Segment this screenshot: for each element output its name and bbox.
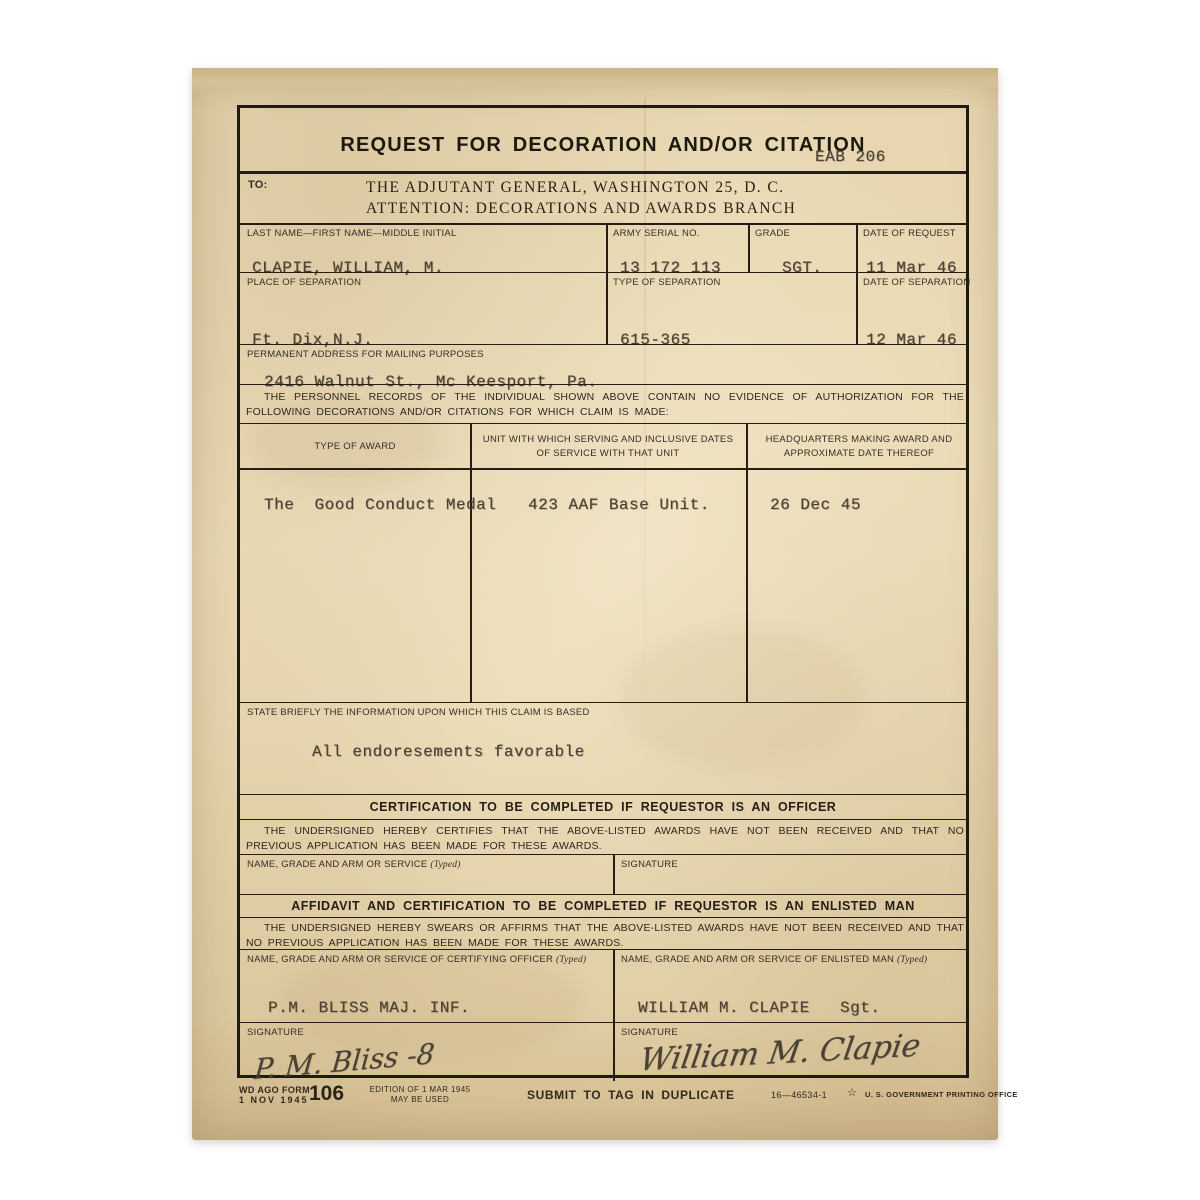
signatures-row: SIGNATURE SIGNATURE P. M. Bliss -8 Willi… [240,1023,966,1081]
divider [856,224,858,273]
enlisted-cert-body-row: THE UNDERSIGNED HEREBY SWEARS OR AFFIRMS… [240,918,966,950]
records-note-row: THE PERSONNEL RECORDS OF THE INDIVIDUAL … [240,385,966,424]
award-table: TYPE OF AWARD UNIT WITH WHICH SERVING AN… [240,424,966,703]
divider [606,224,608,273]
divider [613,855,615,895]
addressee-line-1: THE ADJUTANT GENERAL, WASHINGTON 25, D. … [366,179,784,197]
officer-signature-label: SIGNATURE [621,859,678,870]
enlisted-cert-body: THE UNDERSIGNED HEREBY SWEARS OR AFFIRMS… [246,921,964,951]
field-serial-no: ARMY SERIAL NO. 13 172 113 [606,224,748,273]
mailing-address-label: PERMANENT ADDRESS FOR MAILING PURPOSES [247,349,484,360]
divider [470,424,472,703]
certifying-officer-name-value: P.M. BLISS MAJ. INF. [268,999,470,1017]
field-place-of-separation: PLACE OF SEPARATION Ft. Dix,N.J. [240,273,606,345]
officer-cert-body: THE UNDERSIGNED HEREBY CERTIFIES THAT TH… [246,824,964,854]
enlisted-cert-heading: AFFIDAVIT AND CERTIFICATION TO BE COMPLE… [240,899,966,913]
award-table-header-type: TYPE OF AWARD [240,440,470,454]
enlisted-signature-label: SIGNATURE [621,1027,678,1038]
officer-cert-heading: CERTIFICATION TO BE COMPLETED IF REQUEST… [240,800,966,814]
serial-no-label: ARMY SERIAL NO. [613,228,700,239]
identity-row: LAST NAME—FIRST NAME—MIDDLE INITIAL CLAP… [240,224,966,273]
enlisted-man-name-value: WILLIAM M. CLAPIE Sgt. [638,999,880,1017]
claim-basis-row: STATE BRIEFLY THE INFORMATION UPON WHICH… [240,703,966,795]
records-note-text: THE PERSONNEL RECORDS OF THE INDIVIDUAL … [246,390,964,420]
title-row: REQUEST FOR DECORATION AND/OR CITATION E… [240,108,966,173]
paper-torn-top-edge [192,68,998,94]
stamp-eab-number: EAB 206 [815,148,886,166]
field-grade: GRADE SGT. [748,224,856,273]
footer-form-id-line2: 1 NOV 1945 [239,1095,309,1105]
officer-handwritten-signature: P. M. Bliss -8 [253,1037,436,1086]
footer-submit-instruction: SUBMIT TO TAG IN DUPLICATE [527,1088,735,1102]
footer-gpo: U. S. GOVERNMENT PRINTING OFFICE [865,1090,1018,1099]
award-row-hq: 26 Dec 45 [770,496,861,514]
divider [240,468,966,470]
form-footer: WD AGO FORM 1 NOV 1945 106 EDITION OF 1 … [237,1082,969,1116]
paper-sheet: REQUEST FOR DECORATION AND/OR CITATION E… [192,68,998,1140]
officer-cert-body-row: THE UNDERSIGNED HEREBY CERTIFIES THAT TH… [240,820,966,855]
certifying-officer-name-label: NAME, GRADE AND ARM OR SERVICE OF CERTIF… [247,954,586,965]
star-icon: ☆ [847,1086,857,1099]
enlisted-man-name-label: NAME, GRADE AND ARM OR SERVICE OF ENLIST… [621,954,927,965]
divider [613,1023,615,1081]
typed-suffix: (Typed) [897,955,927,965]
footer-form-id-line1: WD AGO FORM [239,1085,310,1095]
divider [748,224,750,273]
type-of-separation-label: TYPE OF SEPARATION [613,277,721,288]
grade-label: GRADE [755,228,790,239]
date-of-separation-label: DATE OF SEPARATION [863,277,970,288]
officer-cert-band: CERTIFICATION TO BE COMPLETED IF REQUEST… [240,795,966,820]
typed-suffix: (Typed) [430,860,460,870]
award-table-header-unit: UNIT WITH WHICH SERVING AND INCLUSIVE DA… [480,433,736,462]
typed-suffix: (Typed) [556,955,586,965]
divider [856,273,858,345]
separation-row: PLACE OF SEPARATION Ft. Dix,N.J. TYPE OF… [240,273,966,345]
footer-edition-line1: EDITION OF 1 MAR 1945 [365,1085,475,1094]
date-of-request-label: DATE OF REQUEST [863,228,956,239]
divider [613,950,615,1023]
place-of-separation-label: PLACE OF SEPARATION [247,277,361,288]
officer-name-label: NAME, GRADE AND ARM OR SERVICE (Typed) [247,859,461,870]
footer-print-code: 16—46534-1 [771,1090,827,1100]
addressee-line-2: ATTENTION: DECORATIONS AND AWARDS BRANCH [366,200,796,218]
award-table-header-hq: HEADQUARTERS MAKING AWARD AND APPROXIMAT… [756,433,962,462]
enlisted-handwritten-signature: William M. Clapie [637,1027,923,1078]
field-type-of-separation: TYPE OF SEPARATION 615-365 [606,273,856,345]
last-name-label: LAST NAME—FIRST NAME—MIDDLE INITIAL [247,228,457,239]
form-title: REQUEST FOR DECORATION AND/OR CITATION [340,134,865,157]
claim-basis-label: STATE BRIEFLY THE INFORMATION UPON WHICH… [247,707,590,718]
to-label: TO: [248,179,268,191]
footer-edition-line2: MAY BE USED [365,1095,475,1104]
divider [746,424,748,703]
address-row: PERMANENT ADDRESS FOR MAILING PURPOSES 2… [240,345,966,385]
officer-signature-label: SIGNATURE [247,1027,304,1038]
award-row-type: The Good Conduct Medal [264,496,496,514]
scanned-document-page: REQUEST FOR DECORATION AND/OR CITATION E… [0,0,1200,1200]
field-date-of-separation: DATE OF SEPARATION 12 Mar 46 [856,273,972,345]
divider [606,273,608,345]
enlisted-cert-band: AFFIDAVIT AND CERTIFICATION TO BE COMPLE… [240,895,966,918]
names-row: NAME, GRADE AND ARM OR SERVICE OF CERTIF… [240,950,966,1023]
award-row-unit: 423 AAF Base Unit. [528,496,710,514]
officer-name-sig-row: NAME, GRADE AND ARM OR SERVICE (Typed) S… [240,855,966,895]
footer-form-number: 106 [309,1082,344,1106]
request-form: REQUEST FOR DECORATION AND/OR CITATION E… [237,105,969,1078]
field-last-name: LAST NAME—FIRST NAME—MIDDLE INITIAL CLAP… [240,224,606,273]
field-date-of-request: DATE OF REQUEST 11 Mar 46 [856,224,972,273]
claim-basis-value: All endoresements favorable [312,743,585,761]
addressee-row: TO: THE ADJUTANT GENERAL, WASHINGTON 25,… [240,173,966,224]
